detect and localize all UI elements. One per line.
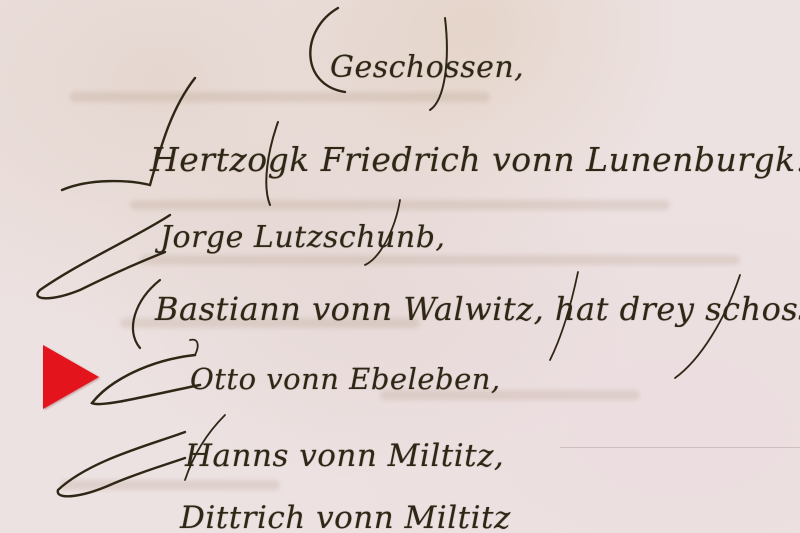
manuscript-line-highlighted: Otto vonn Ebeleben, xyxy=(190,362,501,396)
bleed-through-line xyxy=(70,92,490,102)
manuscript-line: Hertzogk Friedrich vonn Lunenburgk. xyxy=(150,140,800,179)
red-pointer-arrow-icon xyxy=(43,345,99,409)
manuscript-line: Hanns vonn Miltitz, xyxy=(185,438,504,474)
bleed-through-line xyxy=(140,255,740,265)
paper-fold-crease xyxy=(560,447,800,448)
manuscript-line: Bastiann vonn Walwitz, hat drey schosse, xyxy=(155,290,800,328)
manuscript-line-heading: Geschossen, xyxy=(330,50,524,85)
bleed-through-line xyxy=(60,480,280,490)
manuscript-line: Jorge Lutzschunb, xyxy=(160,220,445,255)
manuscript-line: Dittrich vonn Miltitz xyxy=(180,500,511,533)
bleed-through-line xyxy=(130,200,670,210)
manuscript-page: Geschossen, Hertzogk Friedrich vonn Lune… xyxy=(0,0,800,533)
